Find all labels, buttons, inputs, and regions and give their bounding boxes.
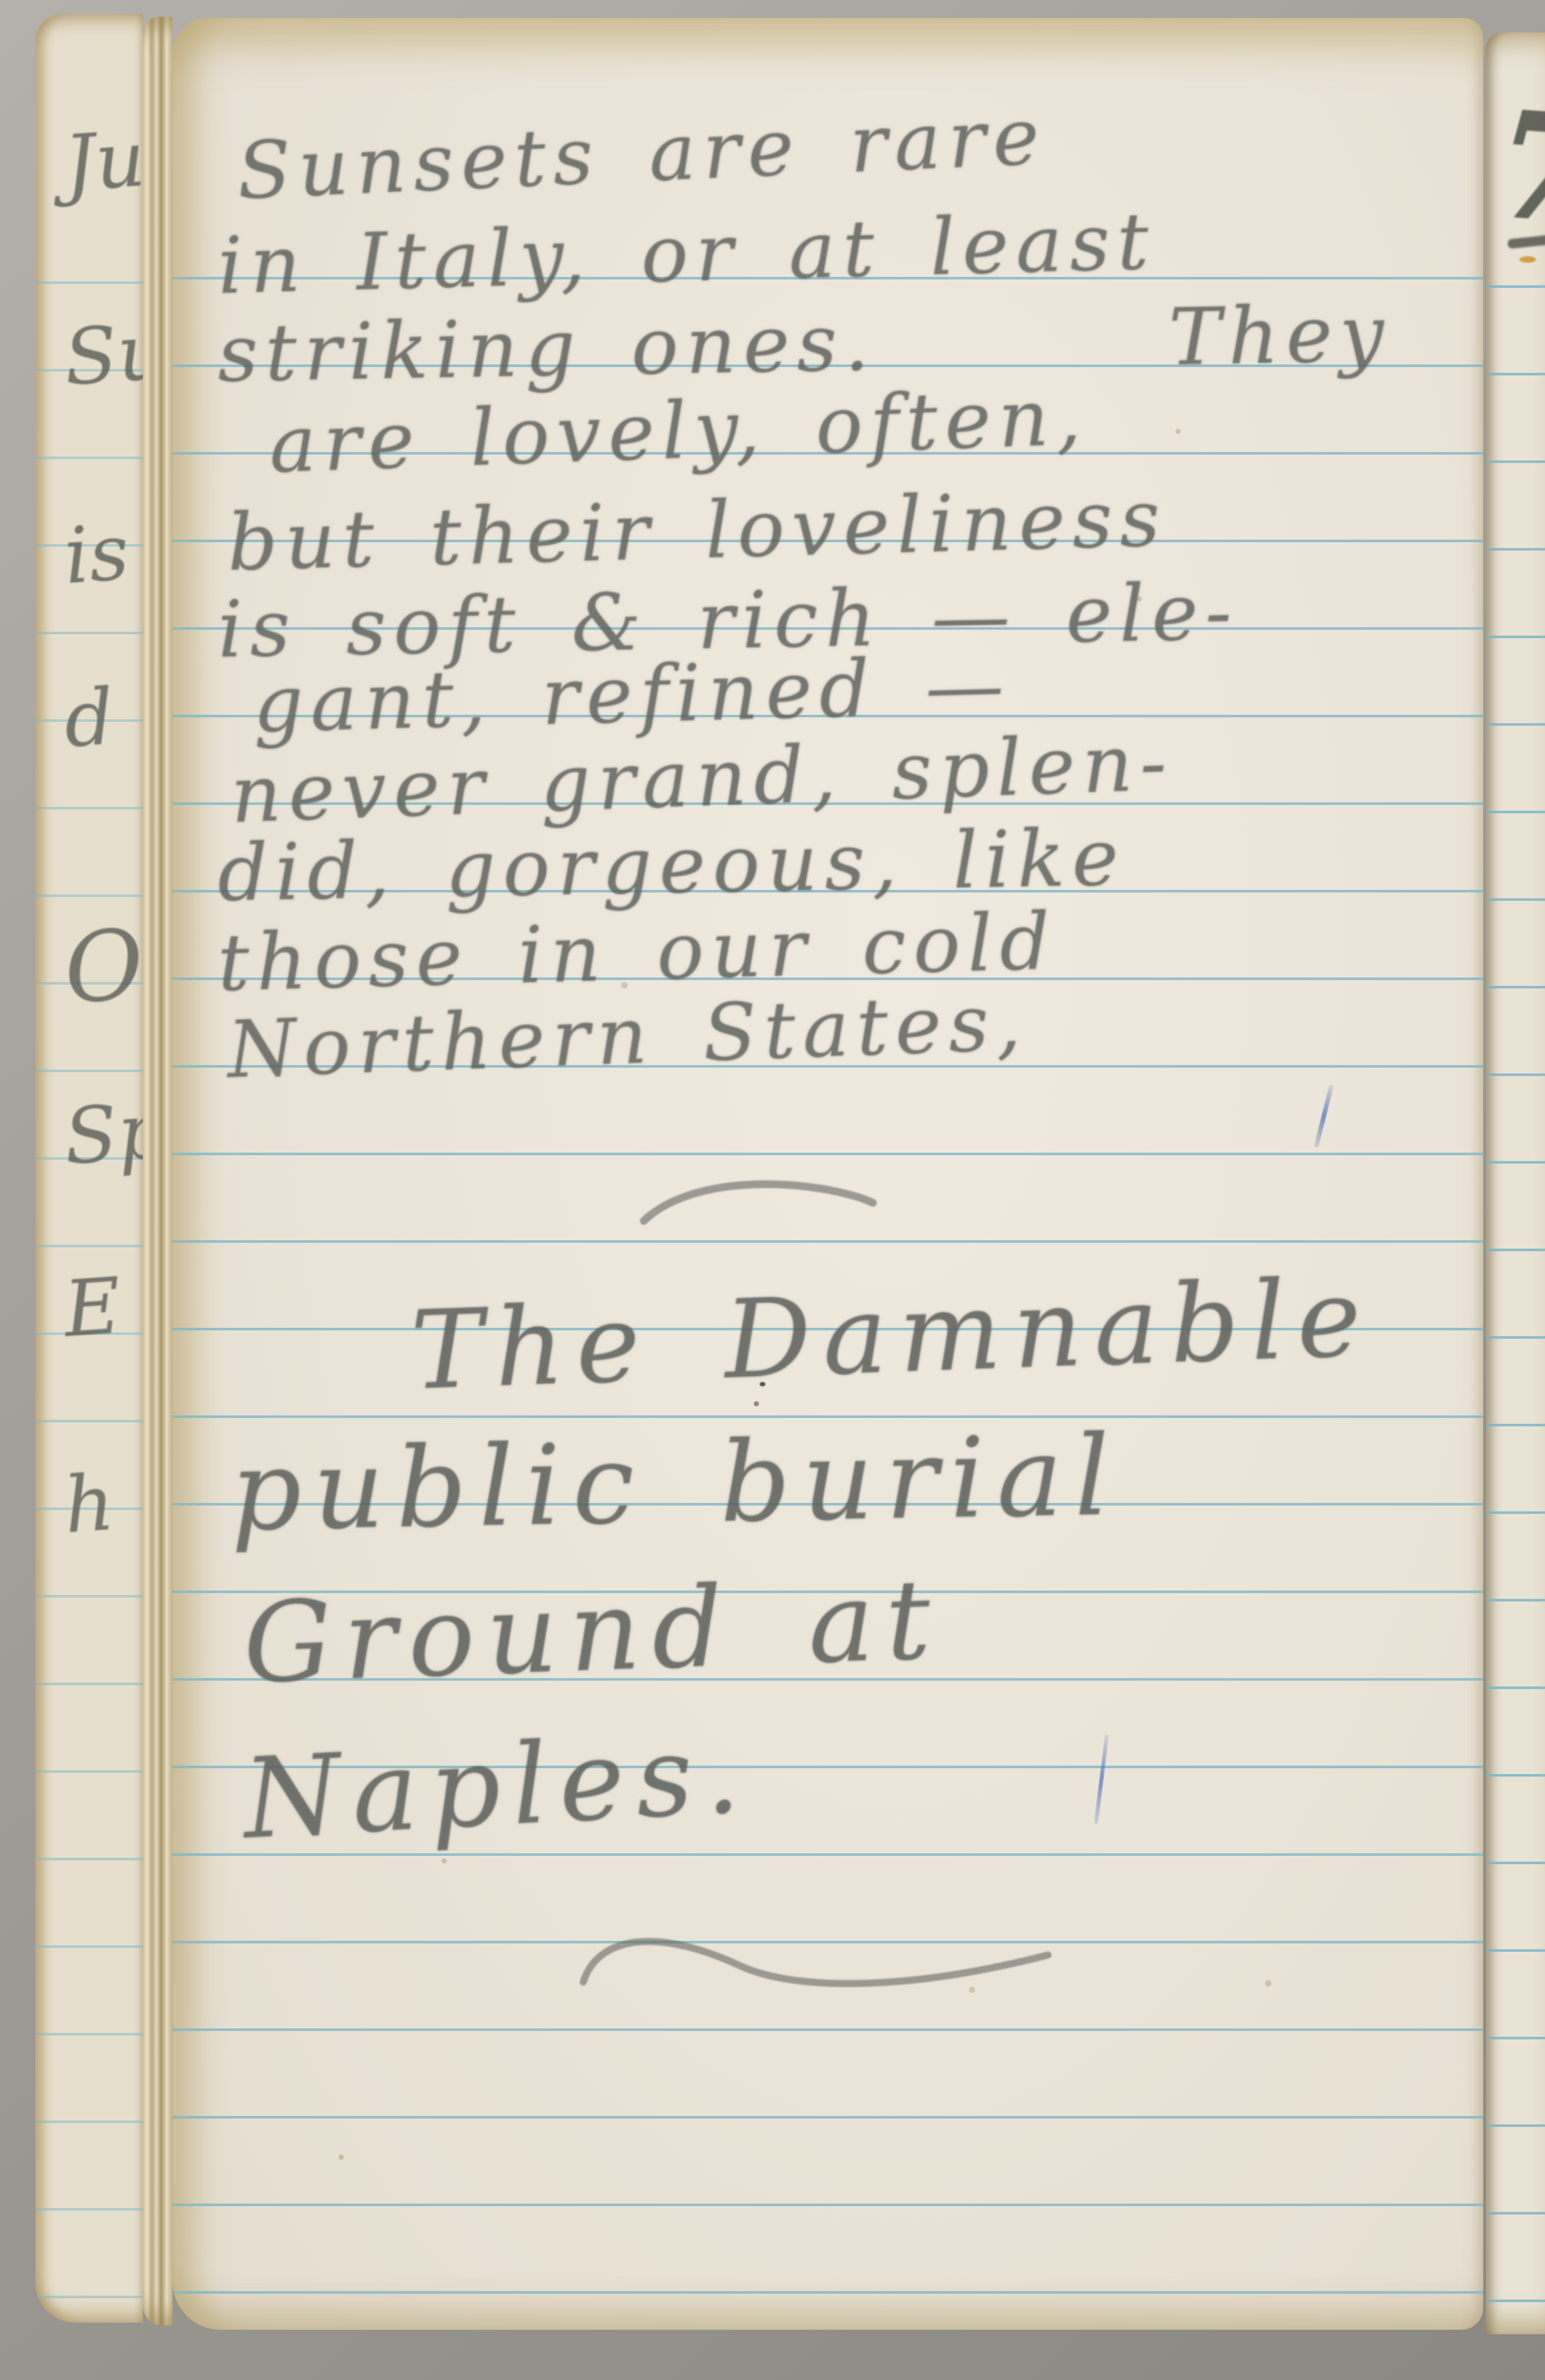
page-fragment: h bbox=[62, 1464, 117, 1545]
ruled-lines-facing-page bbox=[1486, 285, 1545, 2334]
pencil-flourish bbox=[636, 1171, 881, 1232]
page-fragment: E bbox=[62, 1268, 124, 1349]
handwriting-line: Ground at bbox=[241, 1564, 944, 1699]
page-fragment: O bbox=[61, 916, 143, 1018]
paper-speckles bbox=[173, 18, 175, 21]
page-edge-ridges bbox=[143, 17, 173, 2325]
handwriting-line: striking ones. They bbox=[217, 294, 1392, 393]
previous-page-edge: Ju Su is d O Sp E h bbox=[35, 14, 143, 2323]
pencil-flourish bbox=[572, 1918, 1067, 2008]
page-number: 7 bbox=[1491, 91, 1545, 246]
handwriting-line: Sunsets are rare bbox=[236, 97, 1048, 211]
page-fragment: is bbox=[62, 515, 131, 596]
page-fragment: d bbox=[62, 679, 117, 759]
handwriting-line: in Italy, or at least bbox=[217, 202, 1157, 305]
stain-fleck bbox=[1519, 256, 1536, 263]
handwriting-line: public burial bbox=[230, 1421, 1122, 1547]
page-fragment: Sp bbox=[62, 1093, 143, 1177]
facing-page-edge: 7 bbox=[1486, 32, 1545, 2334]
page-fragment: Su bbox=[62, 314, 143, 398]
page-fragment: Ju bbox=[62, 121, 143, 203]
notebook-page: Sunsets are rare in Italy, or at least s… bbox=[173, 18, 1483, 2330]
handwriting-line: Naples. bbox=[241, 1717, 754, 1855]
handwriting-line: but their loveliness bbox=[227, 479, 1168, 582]
photo-backdrop: Ju Su is d O Sp E h Sunsets are rare in … bbox=[0, 0, 1545, 2380]
handwriting-line: The Damnable bbox=[409, 1263, 1374, 1405]
